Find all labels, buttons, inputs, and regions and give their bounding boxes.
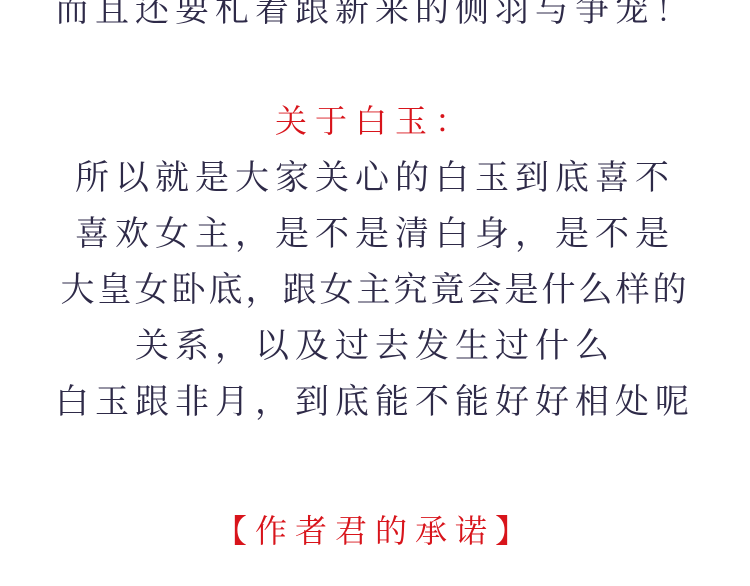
line-6: 白玉跟非月，到底能不能好好相处呢 (0, 374, 750, 423)
line-0: 而且还要札着跟新来的侧羽与争宠！ (0, 0, 750, 31)
line-5: 关系，以及过去发生过什么 (0, 318, 750, 367)
line-3: 喜欢女主，是不是清白身，是不是 (0, 206, 750, 255)
line-4: 大皇女卧底，跟女主究竟会是什么样的 (0, 262, 750, 311)
section-heading-baiyu: 关于白玉： (0, 96, 750, 142)
line-2: 所以就是大家关心的白玉到底喜不 (0, 150, 750, 199)
section-heading-promise: 【作者君的承诺】 (0, 506, 750, 552)
